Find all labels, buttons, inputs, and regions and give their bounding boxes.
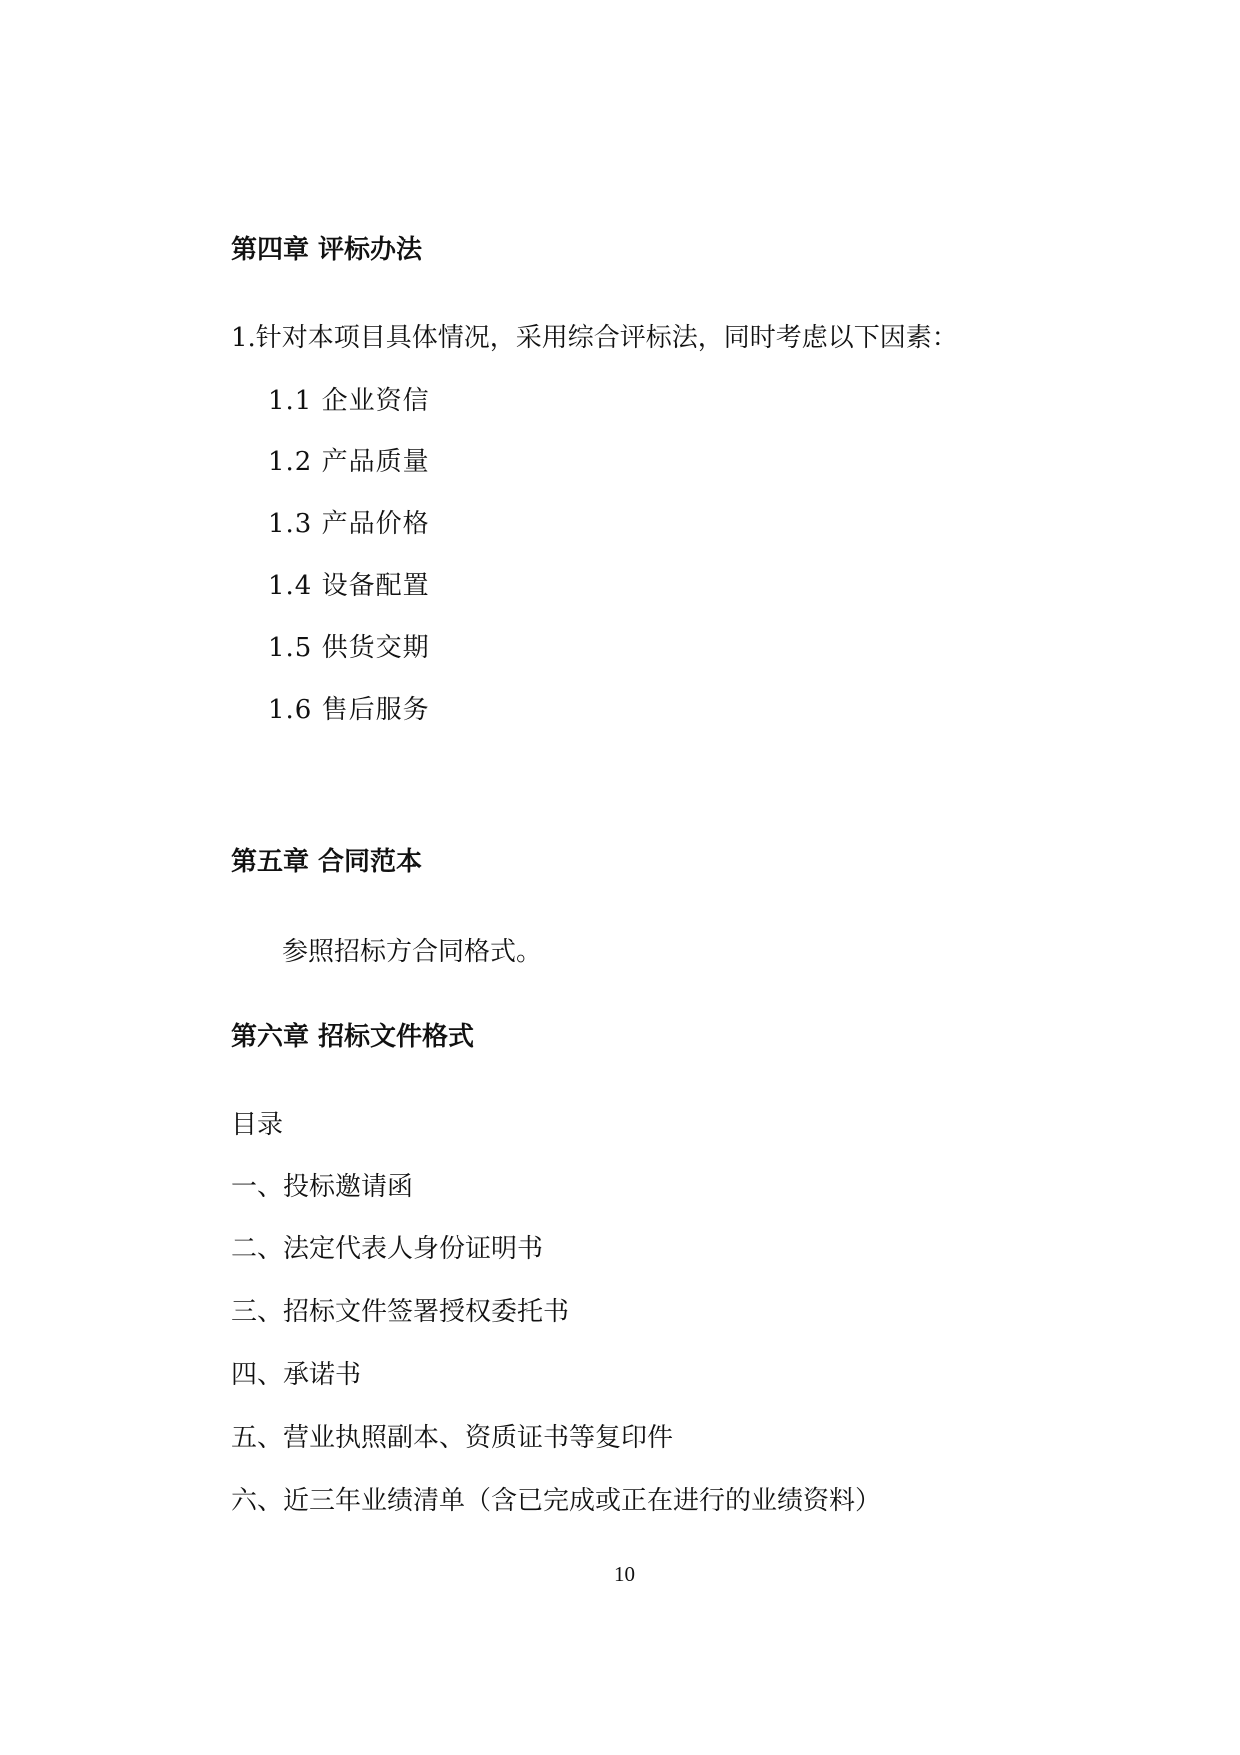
toc-item: 五、营业执照副本、资质证书等复印件 — [231, 1423, 673, 1453]
factor-item: 1.3 产品价格 — [268, 509, 430, 539]
toc-item: 一、投标邀请函 — [231, 1172, 413, 1202]
factor-item: 1.5 供货交期 — [268, 633, 430, 663]
page-number: 10 — [614, 1562, 635, 1587]
toc-item: 三、招标文件签署授权委托书 — [231, 1297, 569, 1327]
toc-item: 六、近三年业绩清单（含已完成或正在进行的业绩资料） — [231, 1486, 881, 1516]
toc-item: 二、法定代表人身份证明书 — [231, 1234, 543, 1264]
chapter5-body: 参照招标方合同格式。 — [282, 937, 542, 967]
chapter4-intro: 1.针对本项目具体情况，采用综合评标法，同时考虑以下因素： — [231, 323, 958, 353]
chapter4-heading: 第四章 评标办法 — [231, 235, 422, 265]
factor-item: 1.2 产品质量 — [268, 447, 430, 477]
chapter5-heading: 第五章 合同范本 — [231, 847, 422, 877]
factor-item: 1.1 企业资信 — [268, 386, 430, 416]
factor-item: 1.6 售后服务 — [268, 695, 430, 725]
chapter6-heading: 第六章 招标文件格式 — [231, 1022, 474, 1052]
factor-item: 1.4 设备配置 — [268, 571, 430, 601]
toc-title: 目录 — [231, 1110, 283, 1140]
toc-item: 四、承诺书 — [231, 1360, 361, 1390]
